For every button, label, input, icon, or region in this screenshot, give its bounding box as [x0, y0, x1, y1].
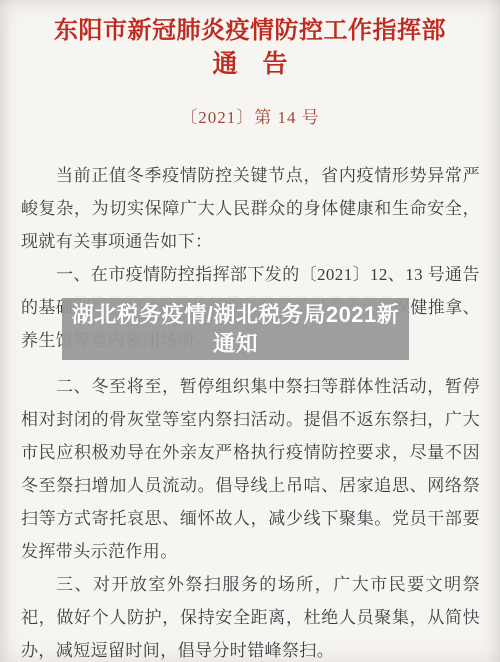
section-2-paragraph: 二、冬至将至，暂停组织集中祭扫等群体性活动，暂停相对封闭的骨灰堂等室内祭扫活动。…: [21, 370, 480, 568]
notice-title: 东阳市新冠肺炎疫情防控工作指挥部: [0, 14, 500, 48]
section-1-line-1: 一、在市疫情防控指挥部下发的〔2021〕12、13 号通告: [21, 258, 480, 291]
scanned-notice-page: 东阳市新冠肺炎疫情防控工作指挥部 通 告 〔2021〕第 14 号 当前正值冬季…: [0, 0, 500, 662]
notice-body: 当前正值冬季疫情防控关键节点，省内疫情形势异常严峻复杂，为切实保障广大人民群众的…: [21, 159, 480, 662]
document-number: 〔2021〕第 14 号: [0, 108, 500, 128]
gray-caption-overlay: 湖北税务疫情/湖北税务局2021新通知: [62, 298, 409, 360]
notice-title-tonggao: 通 告: [0, 48, 500, 82]
notice-header: 东阳市新冠肺炎疫情防控工作指挥部 通 告 〔2021〕第 14 号: [0, 0, 500, 128]
intro-paragraph: 当前正值冬季疫情防控关键节点，省内疫情形势异常严峻复杂，为切实保障广大人民群众的…: [21, 159, 480, 258]
section-3-paragraph: 三、对开放室外祭扫服务的场所，广大市民要文明祭祀，做好个人防护，保持安全距离，杜…: [21, 568, 480, 662]
